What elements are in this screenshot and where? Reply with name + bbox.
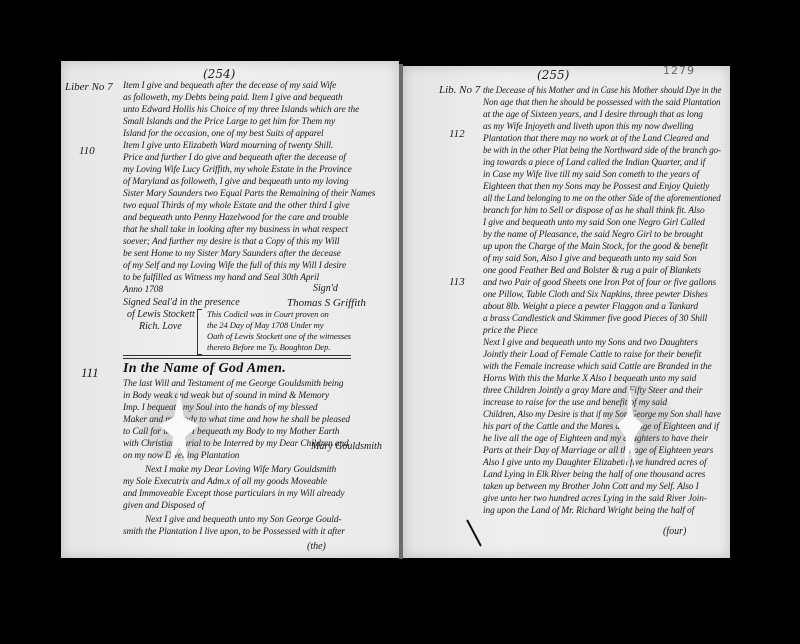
text-line: Eighteen that then my Sons may be Posses… [483, 182, 709, 193]
text-line: Next I give and bequeath unto my Son Geo… [145, 515, 341, 526]
liber-label: Lib. No 7 [439, 84, 480, 96]
text-line: ing upon the Land of Mr. Richard Wright … [483, 506, 694, 517]
text-line: Parts at their Day of Marriage or all th… [483, 446, 713, 457]
text-line: at the age of Sixteen years, and I desir… [483, 110, 703, 121]
archive-number: 1279 [663, 66, 695, 77]
probate-bracket [197, 309, 202, 355]
page-number: (254) [203, 67, 235, 81]
text-line: of Maryland as followeth, I give and beq… [123, 177, 348, 188]
catchword: (the) [307, 541, 326, 552]
text-line: be sent Home to my Sister Mary Saunders … [123, 249, 341, 260]
testator-signature: Thomas S Griffith [287, 297, 366, 309]
text-line: Oath of Lewis Stockett one of the witnes… [207, 331, 351, 342]
text-line: smith the Plantation I live upon, to be … [123, 527, 345, 538]
text-line: one good Feather Bed and Bolster & rug a… [483, 266, 701, 277]
text-line: The last Will and Testament of me George… [123, 379, 343, 390]
text-line: as my Wife Injoyeth and liveth upon this… [483, 122, 694, 133]
text-line: unto Edward Hollis his Choice of my thre… [123, 105, 359, 116]
text-line: of my said Son, Also I give and bequeath… [483, 254, 697, 265]
text-line: Small Islands and the Price Large to get… [123, 117, 335, 128]
text-line: Jointly their Load of Female Cattle to r… [483, 350, 701, 361]
text-line: ing towards a piece of Land called the I… [483, 158, 705, 169]
right-page: (255) 1279 Lib. No 7 112 the Decease of … [403, 66, 730, 558]
text-line: my Sole Executrix and Adm.x of all my go… [123, 477, 327, 488]
text-line: and Immoveable Except those particulars … [123, 489, 344, 500]
witness-name: Rich. Love [139, 321, 182, 332]
text-line: with the Female increase which said Catt… [483, 362, 712, 373]
text-line: by the name of Pleasance, the said Negro… [483, 230, 703, 241]
text-line: thereto Before me Ty. Boughton Dep. [207, 342, 330, 353]
entry-margin-number: 112 [449, 128, 465, 140]
entry-margin-number: 110 [79, 145, 95, 157]
text-line: soever; And further my desire is that a … [123, 237, 339, 248]
witness-label: Signed Seal'd in the presence [123, 297, 240, 308]
text-line: that he shall take in looking after my b… [123, 225, 348, 236]
text-line: one Pillow, Table Cloth and Six Napkins,… [483, 290, 708, 301]
text-line: give unto her two hundred acres Lying in… [483, 494, 707, 505]
text-line: the Decease of his Mother and in Case hi… [483, 86, 721, 97]
will-heading: In the Name of God Amen. [123, 361, 286, 377]
text-line: Plantation that there may no work at of … [483, 134, 709, 145]
text-line: given and Disposed of [123, 501, 204, 512]
text-line: Item I give unto Elizabeth Ward mourning… [123, 141, 333, 152]
entry-margin-number: 111 [81, 365, 99, 381]
left-page: (254) Liber No 7 110 Item I give and beq… [61, 61, 399, 558]
text-line: up upon the Charge of the Main Stock, fo… [483, 242, 708, 253]
liber-label: Liber No 7 [65, 81, 113, 93]
text-line: Also I give unto my Daughter Elizabeth f… [483, 458, 706, 469]
text-line: as followeth, my Debts being paid. Item … [123, 93, 343, 104]
page-number: (255) [537, 68, 569, 82]
text-line: all the Land belonging to me on the othe… [483, 194, 721, 205]
text-line: three Children Jointly a gray Mare and F… [483, 386, 702, 397]
text-line: branch for him to Sell or dispose of as … [483, 206, 705, 217]
text-line: in Case my Wife live till my said Son co… [483, 170, 699, 181]
witness-name: of Lewis Stockett [127, 309, 195, 320]
text-line: I give and bequeath unto my said Son one… [483, 218, 705, 229]
text-line: of my Self and my Loving Wife the full o… [123, 261, 346, 272]
text-line: about 8lb. Weight a piece a pewter Flagg… [483, 302, 698, 313]
text-line: price the Piece [483, 326, 538, 337]
text-line: a brass Candlestick and Skimmer five goo… [483, 314, 707, 325]
text-line: Anno 1708 [123, 285, 163, 296]
text-line: my Loving Wife Lucy Griffith, my whole E… [123, 165, 352, 176]
text-line: be with in the other Plat being the Nort… [483, 146, 721, 157]
text-line: and two Pair of good Sheets one Iron Pot… [483, 278, 716, 289]
text-line: Land Lying in Elk River being the half o… [483, 470, 705, 481]
text-line: and bequeath unto Penny Hazelwood for th… [123, 213, 349, 224]
entry-margin-number: 113 [449, 276, 465, 288]
text-line: to be fulfilled as Witness my hand and S… [123, 273, 319, 284]
pen-stroke-mark [466, 519, 482, 546]
text-line: Next I give and bequeath unto my Sons an… [483, 338, 698, 349]
text-line: taken up between my Brother John Cott an… [483, 482, 699, 493]
text-line: Item I give and bequeath after the decea… [123, 81, 336, 92]
divider-rule [123, 355, 351, 356]
signed-label: Sign'd [313, 283, 338, 294]
text-line: two equal Thirds of my whole Estate and … [123, 201, 349, 212]
testatrix-signature: Mary Gouldsmith [311, 441, 382, 452]
catchword: (four) [663, 526, 686, 537]
text-line: Next I make my Dear Loving Wife Mary Gou… [145, 465, 336, 476]
text-line: Children, Also my Desire is that if my S… [483, 410, 721, 421]
text-line: This Codicil was in Court proven on [207, 309, 329, 320]
text-line: Island for the occasion, one of my best … [123, 129, 324, 140]
text-line: Horns With this the Marke X Also I beque… [483, 374, 696, 385]
text-line: Non age that then he should be possessed… [483, 98, 721, 109]
text-line: Price and further I do give and bequeath… [123, 153, 346, 164]
text-line: his part of the Cattle and the Mares at … [483, 422, 719, 433]
divider-rule [123, 358, 351, 359]
text-line: he live all the age of Eighteen and my d… [483, 434, 708, 445]
text-line: the 24 Day of May 1708 Under my [207, 320, 323, 331]
text-line: Sister Mary Saunders two Equal Parts the… [123, 189, 375, 200]
